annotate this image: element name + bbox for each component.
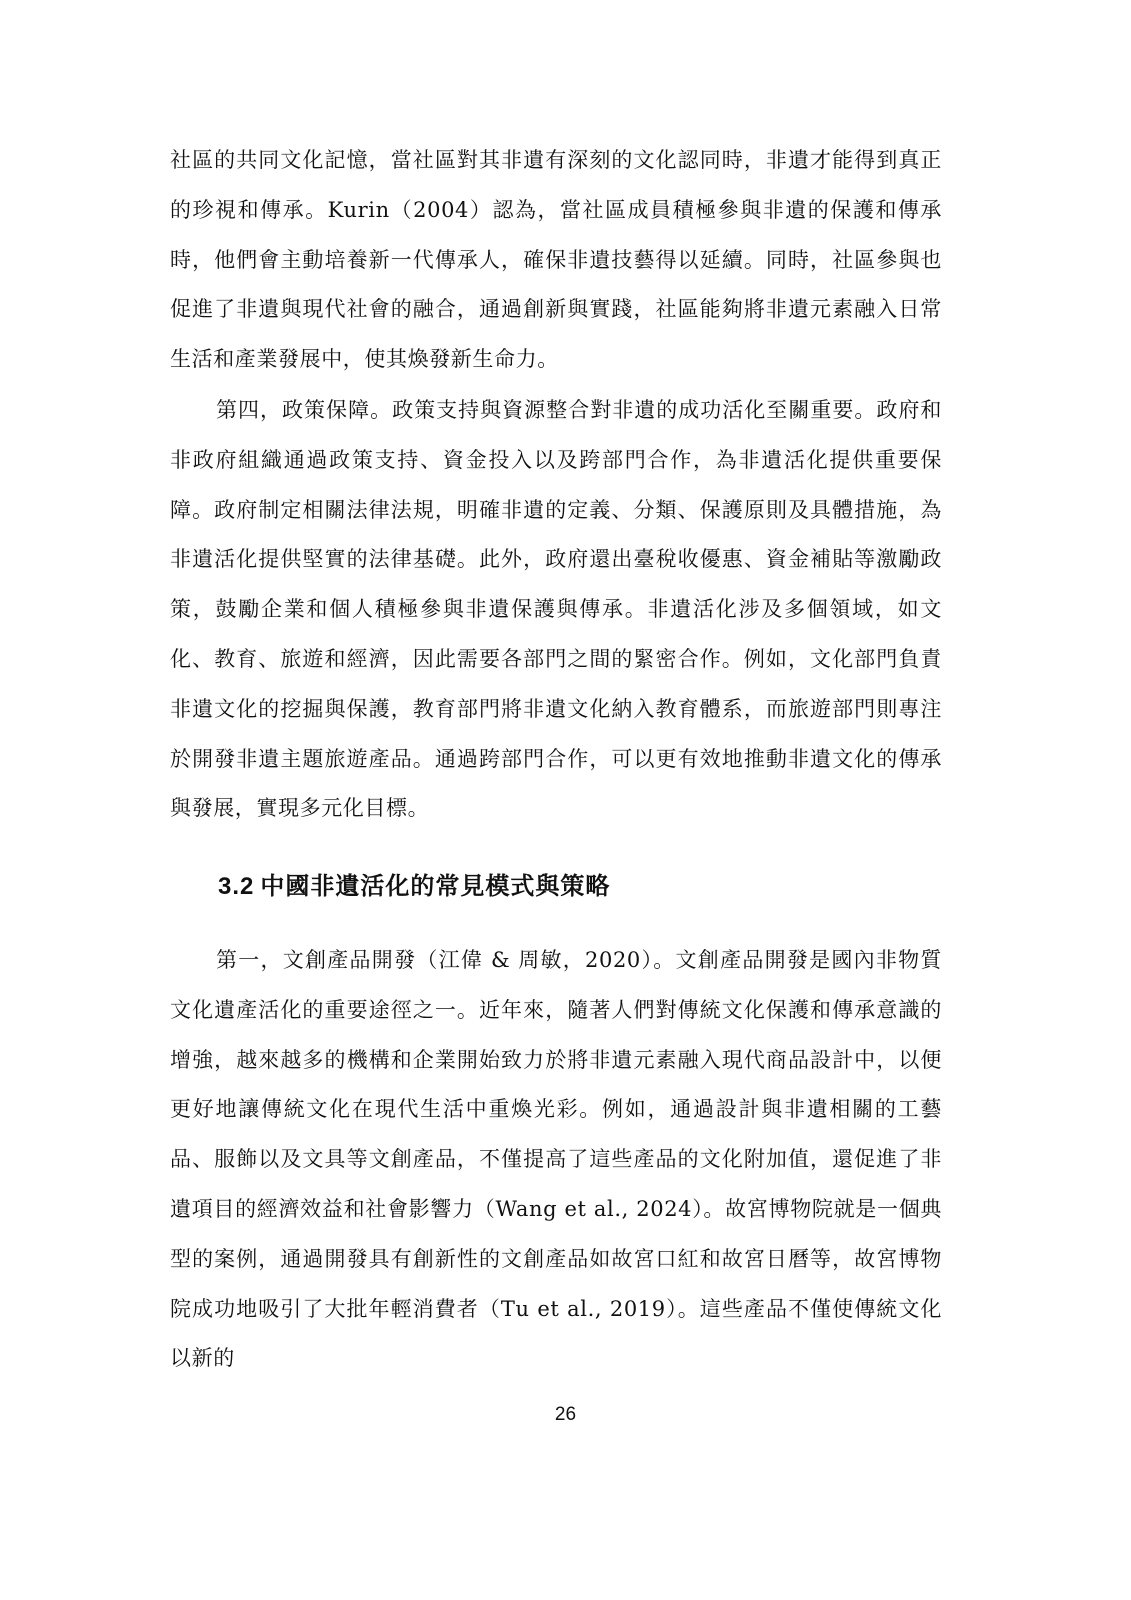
paragraph-policy-support: 第四，政策保障。政策支持與資源整合對非遺的成功活化至關重要。政府和非政府組織通過… — [170, 386, 942, 834]
paragraph-community-continuation: 社區的共同文化記憶，當社區對其非遺有深刻的文化認同時，非遺才能得到真正的珍視和傳… — [170, 136, 942, 385]
document-page: 社區的共同文化記憶，當社區對其非遺有深刻的文化認同時，非遺才能得到真正的珍視和傳… — [0, 0, 1131, 1600]
section-heading: 3.2中國非遺活化的常見模式與策略 — [218, 866, 610, 907]
paragraph-cultural-creative-products: 第一，文創產品開發（江偉 & 周敏，2020）。文創產品開發是國內非物質文化遺產… — [170, 936, 942, 1384]
section-title: 中國非遺活化的常見模式與策略 — [260, 872, 610, 900]
section-number: 3.2 — [218, 873, 254, 900]
page-number: 26 — [0, 1402, 1131, 1428]
